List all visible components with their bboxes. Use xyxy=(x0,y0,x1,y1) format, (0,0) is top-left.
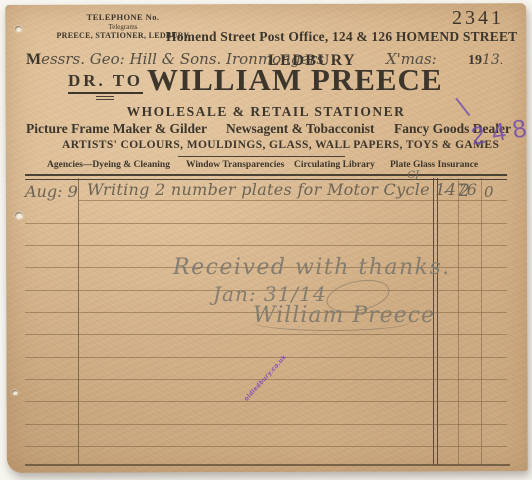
agency-line-4: Plate Glass Insurance xyxy=(390,160,478,170)
shillings-column-rule xyxy=(458,178,459,465)
trade-title: WHOLESALE & RETAIL STATIONER xyxy=(0,104,532,120)
entry-pence: 0 xyxy=(484,183,494,201)
entry-pounds: · xyxy=(443,183,448,201)
proprietor-name: WILLIAM PREECE xyxy=(147,62,443,98)
year-handwritten: 13 xyxy=(482,52,500,68)
entry-date: Aug: 9 xyxy=(25,182,78,201)
pence-column-rule xyxy=(481,178,482,465)
ruled-line xyxy=(25,424,507,425)
address-line: Homend Street Post Office, 124 & 126 HOM… xyxy=(166,29,517,45)
entry-registration-prefix: CJ xyxy=(407,170,419,181)
ruled-line xyxy=(25,357,507,358)
ornament-rule xyxy=(96,96,114,100)
entry-description-cell: Writing 2 number plates for Motor Cycle … xyxy=(87,180,433,200)
entry-description: Writing 2 number plates for Motor Cycle … xyxy=(87,180,477,199)
receipt-acknowledgement: Received with thanks. xyxy=(173,255,451,280)
telephone-label: TELEPHONE No. xyxy=(38,12,208,22)
ruled-line xyxy=(25,446,507,447)
year-suffix: . xyxy=(500,53,503,67)
punch-hole xyxy=(12,390,18,395)
agency-line-2: Window Transparencies xyxy=(186,160,284,170)
punch-hole xyxy=(15,212,23,219)
ruled-line xyxy=(25,245,507,246)
agency-line-1: Agencies—Dyeing & Cleaning xyxy=(47,160,170,170)
agency-line-3: Circulating Library xyxy=(294,160,375,170)
year-printed: 19 xyxy=(468,53,482,68)
invoice-number: 2341 xyxy=(452,7,504,30)
year-field: 1913. xyxy=(468,51,503,69)
dr-to-label: DR. TO xyxy=(68,71,143,94)
entry-shillings: 2 xyxy=(459,181,470,201)
trade-line-1: Picture Frame Maker & Gilder xyxy=(26,121,207,137)
punch-hole xyxy=(15,26,22,32)
ruled-line xyxy=(25,223,507,224)
addressee-printed-initial: M xyxy=(26,51,41,68)
ruled-line xyxy=(25,334,507,335)
date-column-rule xyxy=(78,178,79,465)
ruled-line xyxy=(25,401,507,402)
amount-column-rule xyxy=(437,178,438,465)
bottom-rule xyxy=(25,464,510,466)
scanned-invoice: TELEPHONE No. Telegrams PREECE, STATIONE… xyxy=(0,0,532,480)
stock-line: ARTISTS' COLOURS, MOULDINGS, GLASS, WALL… xyxy=(62,139,499,151)
short-divider xyxy=(178,156,345,157)
trade-line-2: Newsagent & Tobacconist xyxy=(226,121,375,137)
